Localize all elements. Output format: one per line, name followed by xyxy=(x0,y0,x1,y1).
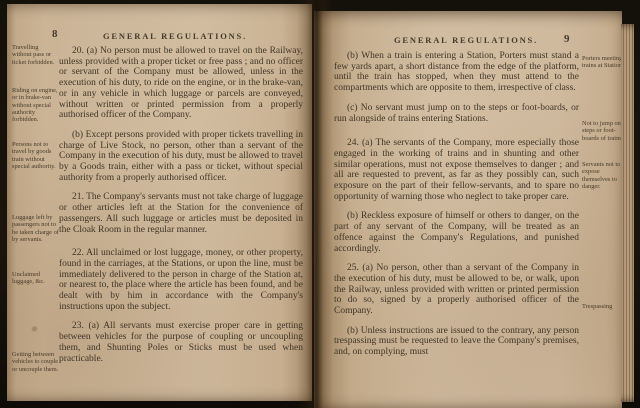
regulation-paragraph: (b) Unless instructions are issued to th… xyxy=(334,326,579,358)
margin-note: Riding on engine, or in brake-van withou… xyxy=(12,87,59,123)
margin-note: Unclaimed luggage, &c. xyxy=(12,271,59,286)
paper-blemish xyxy=(31,326,38,332)
left-page: 8 GENERAL REGULATIONS. Travelling withou… xyxy=(7,4,312,401)
book-spread: 8 GENERAL REGULATIONS. Travelling withou… xyxy=(0,0,640,408)
margin-note: Not to jump on to steps or foot-boards o… xyxy=(582,120,622,142)
margin-note: Luggage left by passengers not to be tak… xyxy=(12,214,59,243)
right-page-text: (b) When a train is entering a Station, … xyxy=(334,51,579,358)
regulation-paragraph: (b) When a train is entering a Station, … xyxy=(334,51,579,94)
regulation-paragraph: (c) No servant must jump on to the steps… xyxy=(334,103,579,124)
right-running-title: GENERAL REGULATIONS. xyxy=(394,35,538,45)
regulation-paragraph: 23. (a) All servants must exercise prope… xyxy=(59,321,303,364)
regulation-paragraph: (b) Reckless exposure of himself or othe… xyxy=(334,211,579,254)
margin-note: Servants not to expose themselves to dan… xyxy=(582,161,622,190)
regulation-paragraph: 24. (a) The servants of the Company, mor… xyxy=(334,138,579,202)
regulation-paragraph: 20. (a) No person must be allowed to tra… xyxy=(59,46,303,121)
margin-note: Persons not to travel by goods train wit… xyxy=(12,141,59,170)
right-page: GENERAL REGULATIONS. 9 Porters meeting t… xyxy=(314,11,622,408)
left-running-title: GENERAL REGULATIONS. xyxy=(103,31,247,41)
right-page-number: 9 xyxy=(564,33,570,45)
left-page-number: 8 xyxy=(52,28,58,40)
page-edges xyxy=(621,24,634,402)
regulation-paragraph: (b) Except persons provided with proper … xyxy=(59,130,303,184)
margin-note: Travelling without pass or ticket forbid… xyxy=(12,44,59,66)
margin-note: Trespassing xyxy=(582,303,622,310)
left-page-text: 20. (a) No person must be allowed to tra… xyxy=(59,46,303,364)
regulation-paragraph: 22. All unclaimed or lost luggage, money… xyxy=(59,248,303,312)
regulation-paragraph: 21. The Company's servants must not take… xyxy=(59,192,303,235)
margin-note: Porters meeting trains at Stations. xyxy=(582,55,622,70)
regulation-paragraph: 25. (a) No person, other than a servant … xyxy=(334,263,579,317)
margin-note: Getting between vehicles to couple or un… xyxy=(12,351,59,373)
